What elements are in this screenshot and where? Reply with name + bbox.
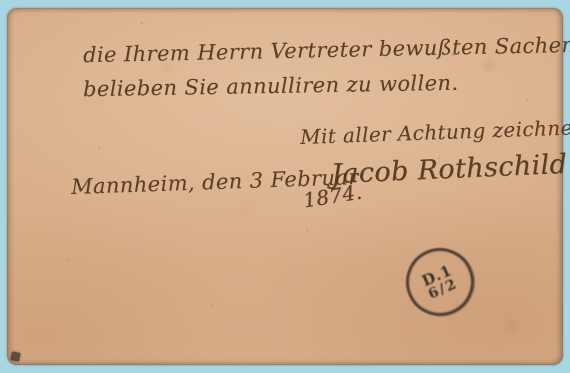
postmark-stamp: D.1 6/2 (395, 237, 485, 327)
handwriting-closing: Mit aller Achtung zeichnen (300, 115, 570, 149)
postcard: die Ihrem Herrn Vertreter bewußten Sache… (7, 8, 563, 365)
signature: Jacob Rothschild (330, 149, 567, 190)
handwriting-line-1: die Ihrem Herrn Vertreter bewußten Sache… (83, 33, 570, 67)
card-blemish (10, 351, 21, 362)
handwriting-line-2: belieben Sie annulliren zu wollen. (83, 71, 459, 102)
postcard-photo: die Ihrem Herrn Vertreter bewußten Sache… (0, 0, 570, 373)
